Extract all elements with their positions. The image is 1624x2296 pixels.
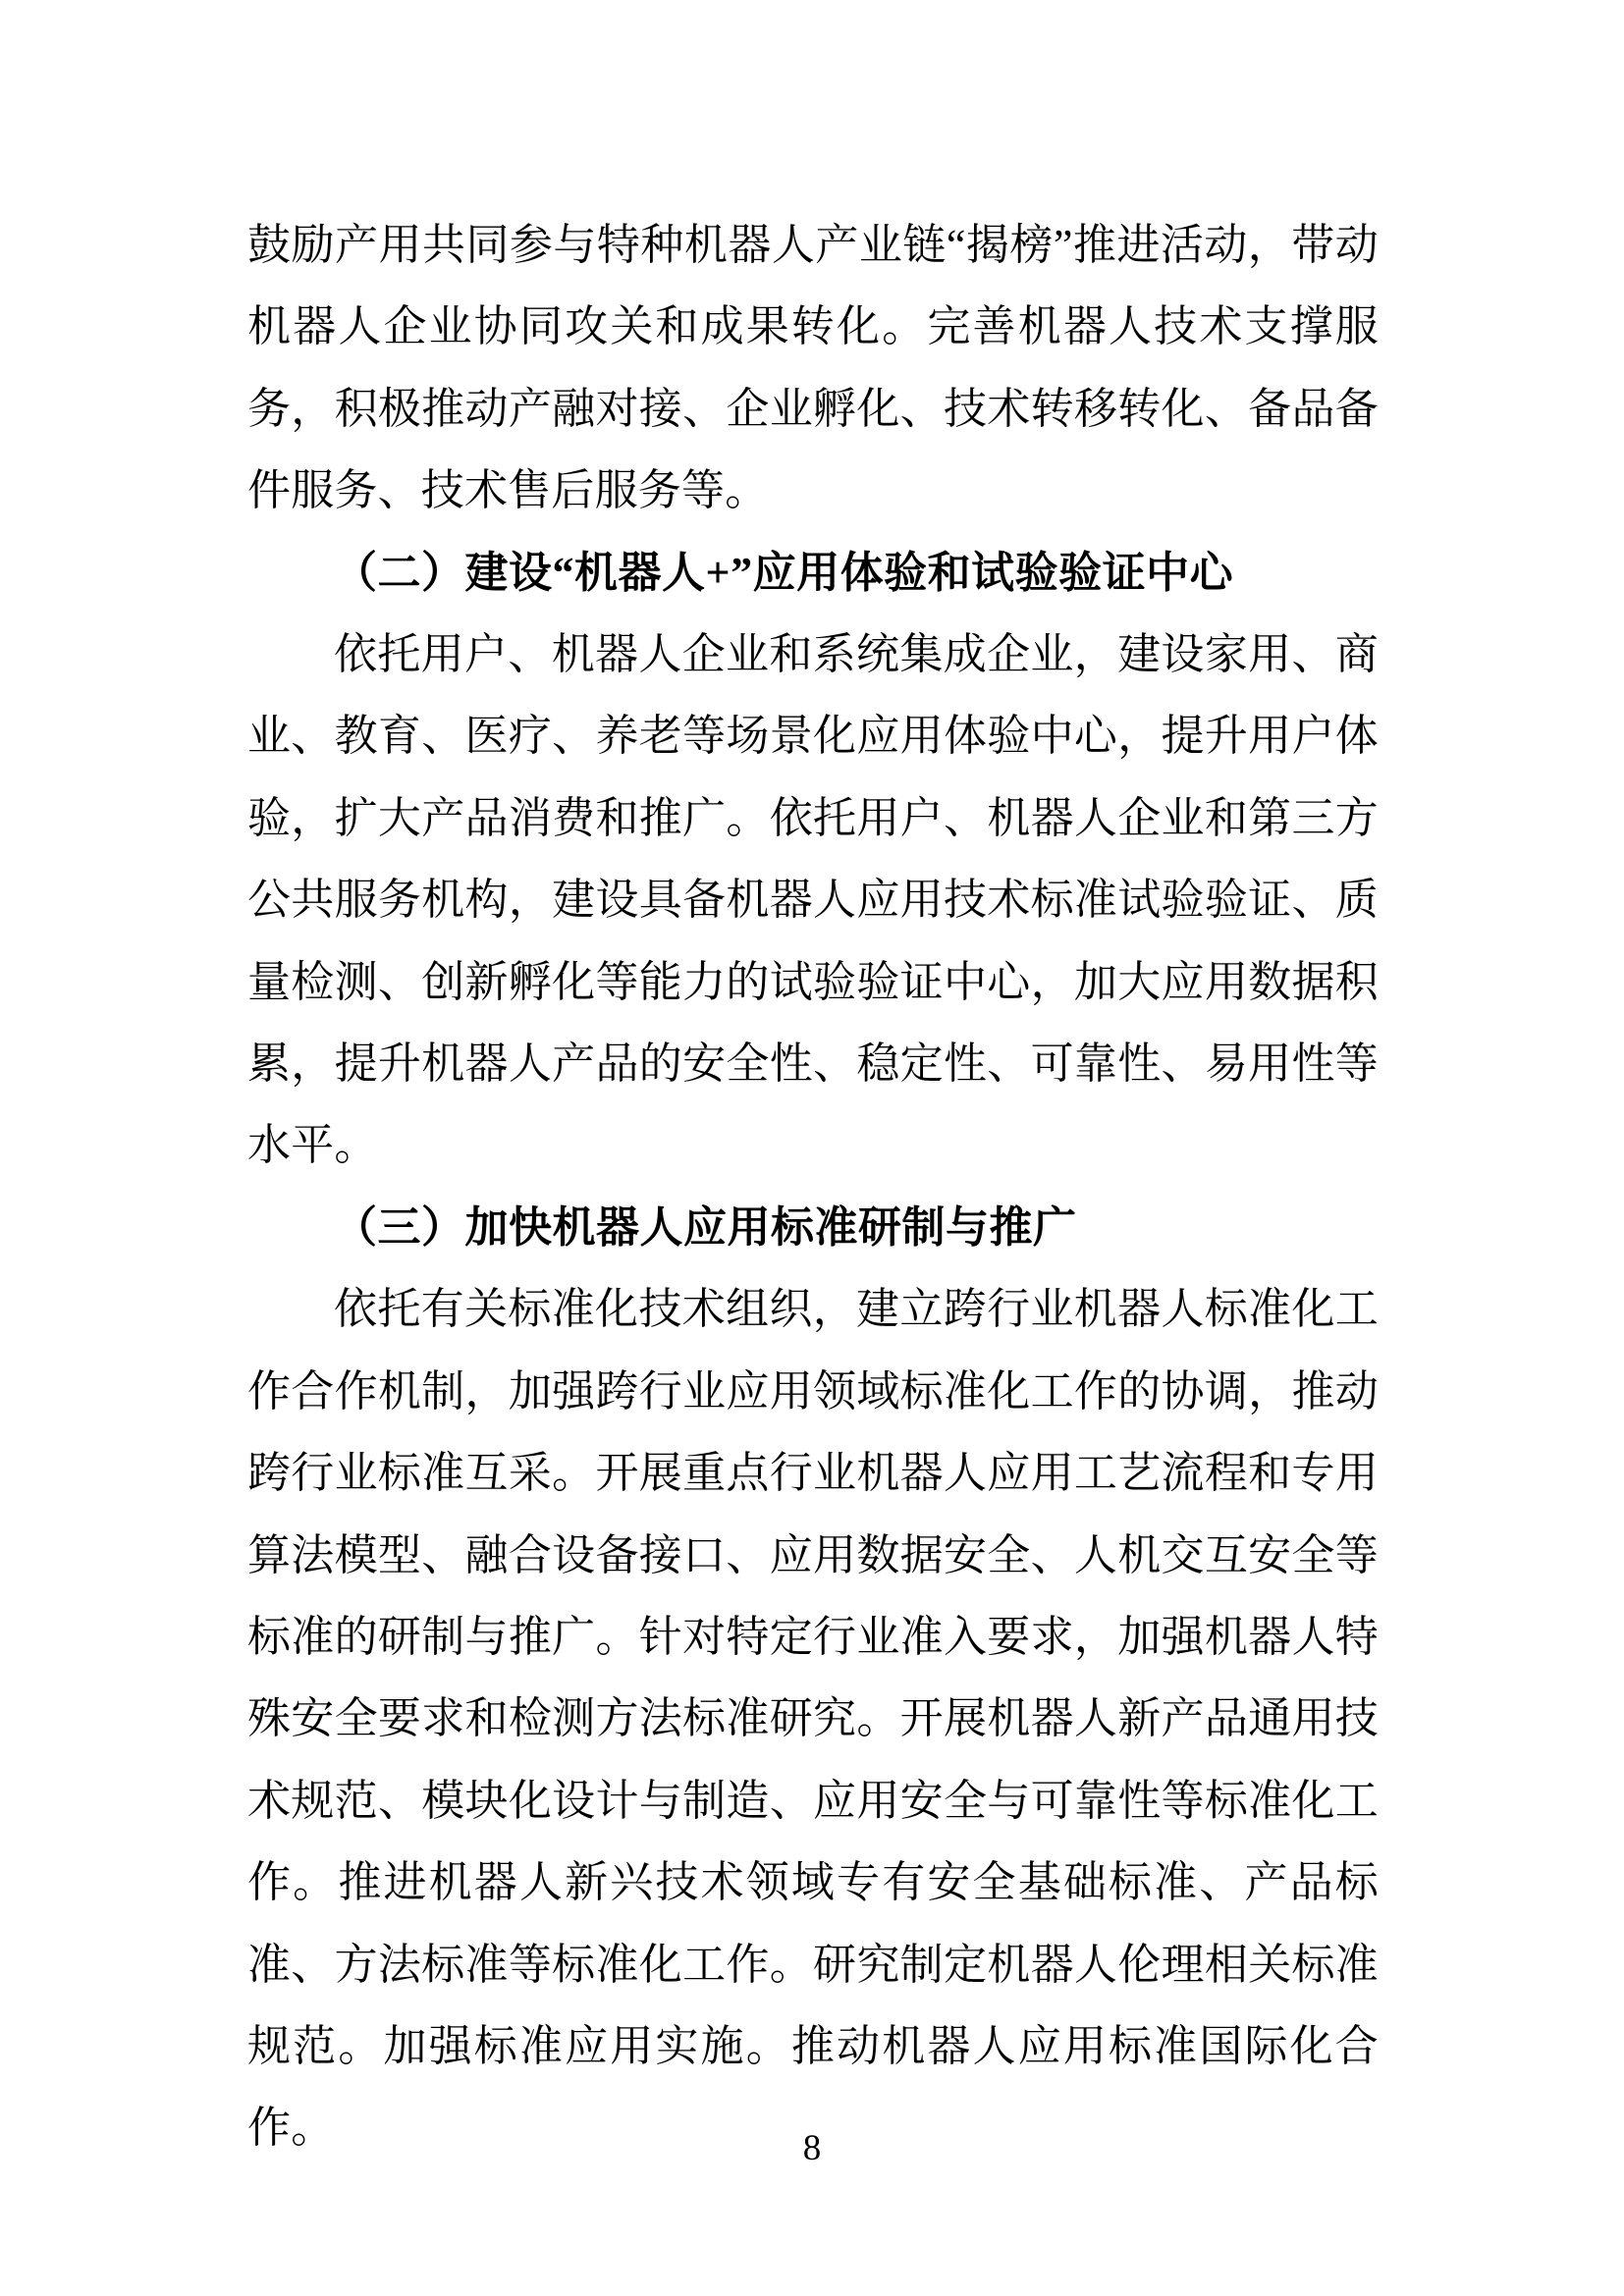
document-page: 鼓励产用共同参与特种机器人产业链“揭榜”推进活动，带动机器人企业协同攻关和成果转… [0, 0, 1624, 2296]
text-content: 鼓励产用共同参与特种机器人产业链“揭榜”推进活动，带动机器人企业协同攻关和成果转… [247, 204, 1379, 2169]
paragraph: 依托用户、机器人企业和系统集成企业，建设家用、商业、教育、医疗、养老等场景化应用… [247, 614, 1379, 1187]
section-heading: （三）加快机器人应用标准研制与推广 [247, 1187, 1379, 1268]
section-heading: （二）建设“机器人+”应用体验和试验验证中心 [247, 532, 1379, 614]
paragraph: 鼓励产用共同参与特种机器人产业链“揭榜”推进活动，带动机器人企业协同攻关和成果转… [247, 204, 1379, 532]
paragraph: 依托有关标准化技术组织，建立跨行业机器人标准化工作合作机制，加强跨行业应用领域标… [247, 1268, 1379, 2168]
page-number: 8 [0, 2126, 1624, 2171]
